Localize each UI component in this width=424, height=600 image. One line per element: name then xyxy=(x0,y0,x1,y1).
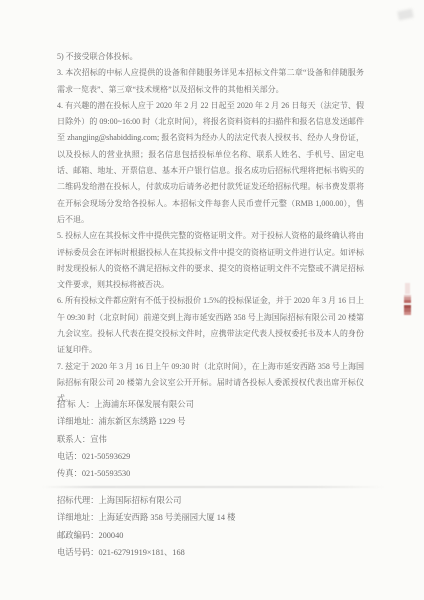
agent-contact-block: 招标代理：上海国际招标有限公司 详细地址：上海延安西路 358 号美丽园大厦 1… xyxy=(57,492,235,561)
bidder-contact-person-line: 联系人：宣伟 xyxy=(57,431,194,448)
red-seal-part-bottom xyxy=(404,305,411,315)
notice-paragraph-bid-bond: 6. 所有投标文件都应附有不低于投标报价 1.5%的投标保证金，并于 2020 … xyxy=(57,293,364,358)
agent-postcode-line: 邮政编码：200040 xyxy=(57,527,235,544)
notice-paragraph-no-consortium: 5) 不接受联合体投标。 xyxy=(57,49,364,65)
agent-phone-line: 电话号码：021-62791919×181、168 xyxy=(57,544,235,561)
notice-paragraph-scope: 3. 本次招标的中标人应提供的设备和伴随服务详见本招标文件第二章“设备和伴随服务… xyxy=(57,65,364,98)
scanned-document-page: 5) 不接受联合体投标。 3. 本次招标的中标人应提供的设备和伴随服务详见本招标… xyxy=(0,0,424,600)
red-seal-part-top xyxy=(405,283,410,294)
red-seal-part-middle xyxy=(404,295,411,303)
notice-body: 5) 不接受联合体投标。 3. 本次招标的中标人应提供的设备和伴随服务详见本招标… xyxy=(57,49,364,408)
bidder-fax-line: 传真：021-50593530 xyxy=(57,465,194,482)
agent-address-line: 详细地址：上海延安西路 358 号美丽园大厦 14 楼 xyxy=(57,509,235,526)
scan-artifact-smudge xyxy=(397,9,414,21)
scan-fold-line xyxy=(42,486,384,488)
bidder-contact-block: 招 标 人：上海浦东环保发展有限公司 详细地址：浦东新区东绣路 1229 号 联… xyxy=(57,396,194,482)
notice-paragraph-qualification: 5. 投标人应在其投标文件中提供完整的资格证明文件。对于投标人资格的最终确认将由… xyxy=(57,228,364,293)
agent-name-line: 招标代理：上海国际招标有限公司 xyxy=(57,492,235,509)
bidder-address-line: 详细地址：浦东新区东绣路 1229 号 xyxy=(57,413,194,430)
bidder-phone-line: 电话：021-50593629 xyxy=(57,448,194,465)
bidder-name-line: 招 标 人：上海浦东环保发展有限公司 xyxy=(57,396,194,413)
red-seal-fragment xyxy=(403,283,412,317)
notice-paragraph-registration: 4. 有兴趣的潜在投标人应于 2020 年 2 月 22 日起至 2020 年 … xyxy=(57,98,364,228)
